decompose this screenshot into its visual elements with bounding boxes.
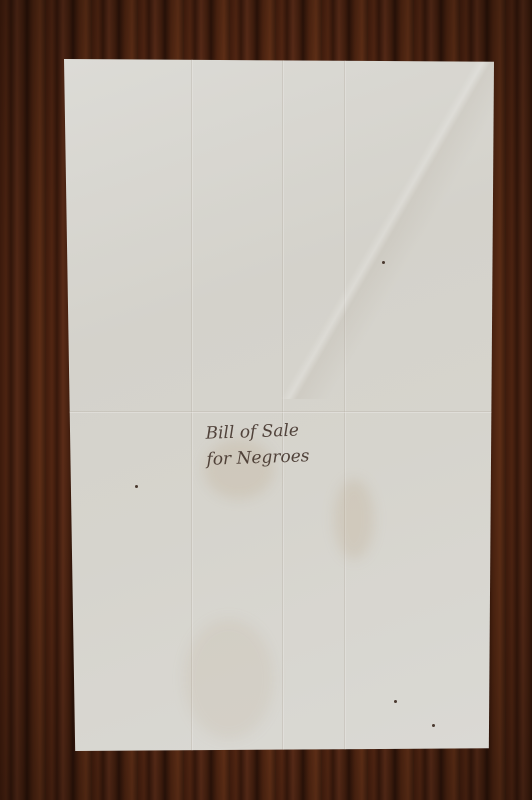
age-stain (184, 619, 274, 739)
age-stain (334, 479, 374, 559)
ink-speck (394, 700, 397, 703)
diagonal-crease (279, 59, 494, 399)
docket-inscription: Bill of Sale for Negroes (205, 417, 310, 473)
docket-line-1: Bill of Sale (205, 417, 309, 447)
ink-speck (382, 261, 385, 264)
ink-speck (432, 724, 435, 727)
ink-speck (135, 485, 138, 488)
horizontal-fold (64, 411, 494, 413)
docket-line-2: for Negroes (206, 443, 310, 473)
document-paper: Bill of Sale for Negroes (64, 59, 494, 751)
